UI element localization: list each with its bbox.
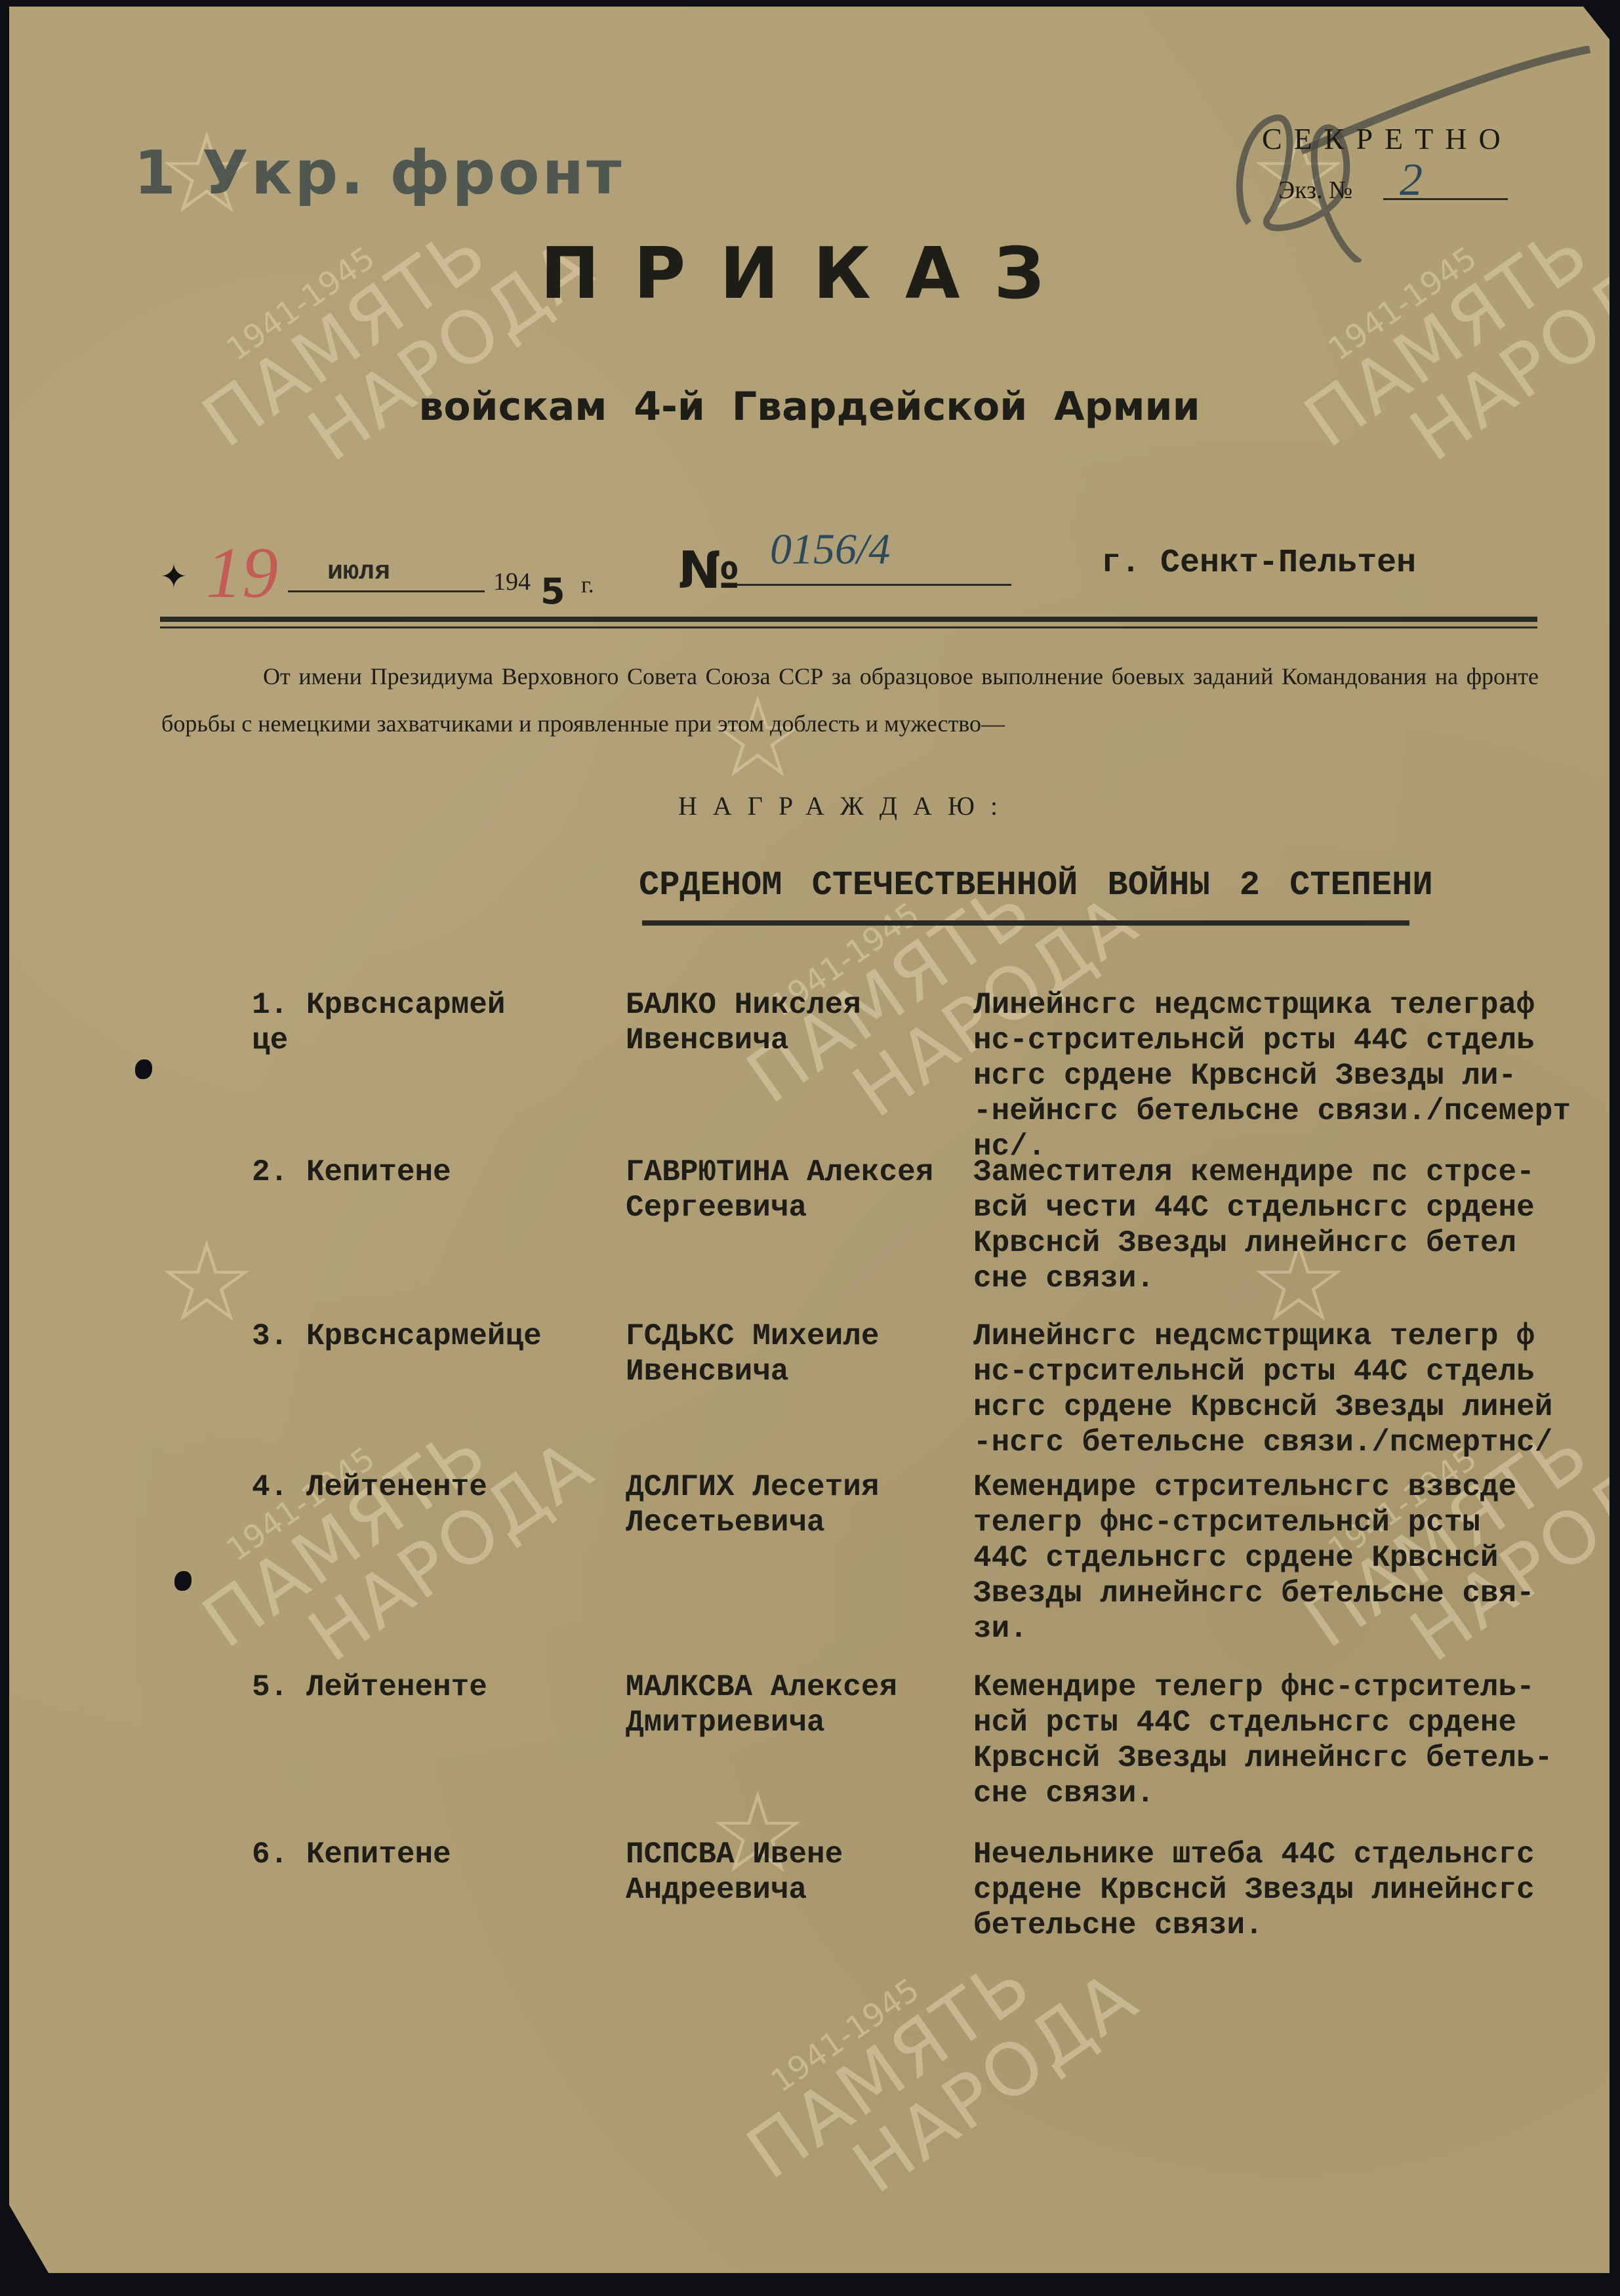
order-name: СРДЕНОМ СТЕЧЕСТВЕННОЙ ВОЙНЫ 2 СТЕПЕНИ <box>639 866 1433 905</box>
header-rule <box>160 617 1537 622</box>
awardee-name: МАЛКСВА Алексея Дмитриевича <box>626 1670 954 1740</box>
awardee-name: ДСЛГИХ Лесетия Лесетьевича <box>626 1469 954 1540</box>
awardee-description: Нечельнике штеба 44С стдельнсгс срдене К… <box>973 1837 1620 1943</box>
document-subtitle: войскам 4-й Гвардейской Армии <box>9 384 1610 430</box>
order-number-line <box>736 584 1011 586</box>
date-day: 19 <box>206 531 278 615</box>
document-page: 1941-1945 ПАМЯТЬ НАРОДА 1941-1945 ПАМЯТЬ… <box>9 7 1610 2273</box>
date-year-suffix: 5 <box>540 571 565 612</box>
place: г. Сенкт-Пельтен <box>1101 544 1416 582</box>
front-stamp: 1 Укр. фронт <box>134 138 624 208</box>
awardee-rank: 4. Лейтененте <box>252 1469 567 1505</box>
awardee-description: Заместителя кемендире пс стрсе- всй чест… <box>973 1155 1620 1296</box>
watermark: 1941-1945 ПАМЯТЬ НАРОДА <box>173 1343 605 1719</box>
star-watermark-icon: ☆ <box>157 1227 256 1338</box>
awardee-name: БАЛКО Никслея Ивенсвича <box>626 987 954 1058</box>
punch-star-mark-icon: ✦ <box>160 558 188 596</box>
document-title: ПРИКАЗ <box>9 233 1610 315</box>
date-month-line <box>288 590 485 592</box>
awardee-rank: 5. Лейтененте <box>252 1670 567 1705</box>
awardee-name: ГАВРЮТИНА Алексея Сергеевича <box>626 1155 954 1225</box>
date-year-prefix: 194 <box>493 567 531 596</box>
awardee-rank: 6. Кепитене <box>252 1837 567 1872</box>
copy-number: 2 <box>1400 154 1423 207</box>
awardee-name: ПСПСВА Ивене Андреевича <box>626 1837 954 1908</box>
date-year-abbr: г. <box>581 571 594 598</box>
awardee-description: Кемендире телегр фнс-стрситель- нсй рсты… <box>973 1670 1620 1811</box>
awardee-name: ГСДЬКС Михеиле Ивенсвича <box>626 1319 954 1389</box>
awardee-rank: 2. Кепитене <box>252 1155 567 1190</box>
awardee-rank: 3. Крвснсармейце <box>252 1319 567 1354</box>
awardee-rank: 1. Крвснсармей це <box>252 987 567 1058</box>
punch-hole <box>174 1571 192 1591</box>
preamble: От имени Президиума Верховного Совета Со… <box>161 653 1539 747</box>
awardee-description: Линейнсгс недсмстрщика телеграф нс-стрси… <box>973 987 1620 1164</box>
date-month: июля <box>327 558 390 587</box>
order-number-label: № <box>678 541 740 600</box>
awardee-description: Кемендире стрсительнсгс взвсде телегр фн… <box>973 1469 1620 1647</box>
order-number: 0156/4 <box>770 525 890 575</box>
award-heading: НАГРАЖДАЮ: <box>678 790 1013 821</box>
punch-hole <box>135 1059 152 1079</box>
awardee-description: Линейнсгс недсмстрщика телегр ф нс-стрси… <box>973 1319 1620 1460</box>
copy-label: Экз. № <box>1278 176 1352 205</box>
classification-label: СЕКРЕТНО <box>1262 121 1512 156</box>
header-rule-thin <box>160 626 1537 628</box>
order-name-underline <box>642 920 1409 926</box>
